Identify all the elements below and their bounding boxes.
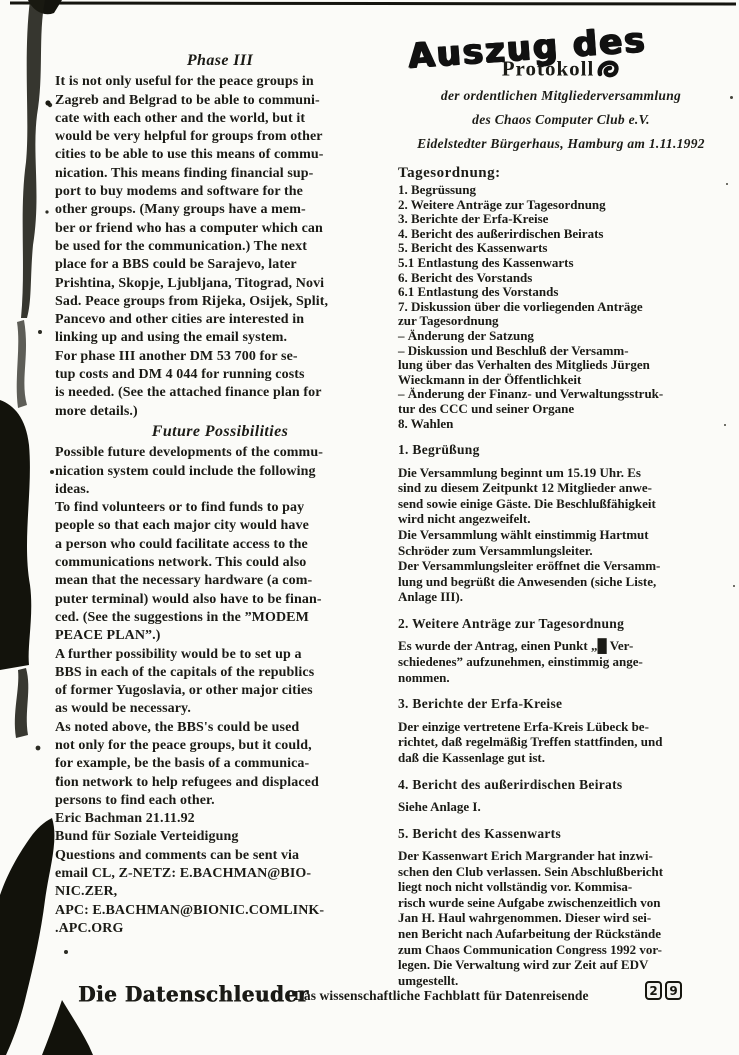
agenda-item: 5.1 Entlastung des Kassenwarts (398, 256, 724, 271)
agenda-list: 1. Begrüssung 2. Weitere Anträge zur Tag… (398, 183, 724, 431)
protocol-subtitle-line1: der ordentlichen Mitgliederversammlung (398, 84, 724, 108)
section-body-beirat: Siehe Anlage I. (398, 799, 724, 815)
article-heading-future: Future Possibilities (55, 423, 385, 441)
paragraph-phase3-main: It is not only useful for the peace grou… (55, 73, 385, 347)
signature-author: Eric Bachman 21.11.92 (55, 810, 385, 828)
signature-organization: Bund für Soziale Verteidigung (55, 828, 385, 846)
page-number: 2 9 (645, 981, 682, 1000)
left-article-column: Phase III It is not only useful for the … (55, 50, 385, 938)
agenda-item: 2. Weitere Anträge zur Tagesordnung (398, 198, 724, 213)
paragraph-phase3-costs: For phase III another DM 53 700 for se- … (55, 348, 385, 421)
section-body-antraege: Es wurde der Antrag, einen Punkt „█ Ver-… (398, 638, 724, 685)
magazine-logo: Die Datenschleuder (78, 981, 309, 1006)
agenda-item: – Diskussion und Beschluß der Versamm- l… (398, 344, 724, 388)
section-heading-erfa: 3. Berichte der Erfa-Kreise (398, 696, 724, 712)
agenda-item: 4. Bericht des außerirdischen Beirats (398, 227, 724, 242)
section-heading-beirat: 4. Bericht des außerirdischen Beirats (398, 777, 724, 793)
paragraph-future-bbs: A further possibility would be to set up… (55, 646, 385, 719)
section-heading-kassenwart: 5. Bericht des Kassenwarts (398, 826, 724, 842)
agenda-item: 1. Begrüssung (398, 183, 724, 198)
section-heading-antraege: 2. Weitere Anträge zur Tagesordnung (398, 616, 724, 632)
agenda-item: 7. Diskussion über die vorliegenden Antr… (398, 300, 724, 329)
agenda-item: 3. Berichte der Erfa-Kreise (398, 212, 724, 227)
scan-speck (730, 96, 733, 99)
section-heading-begruessung: 1. Begrüßung (398, 442, 724, 458)
paragraph-future-refugees: As noted above, the BBS's could be used … (55, 719, 385, 810)
article-heading-phase3: Phase III (55, 52, 385, 70)
agenda-item: 5. Bericht des Kassenwarts (398, 241, 724, 256)
section-body-erfa: Der einzige vertretene Erfa-Kreis Lübeck… (398, 719, 724, 766)
agenda-item: – Änderung der Finanz- und Verwaltungsst… (398, 387, 724, 416)
protocol-subtitle-line2: des Chaos Computer Club e.V. (398, 108, 724, 132)
paragraph-future-intro: Possible future developments of the comm… (55, 444, 385, 499)
right-protocol-column: Protokoll der ordentlichen Mitgliederver… (398, 26, 724, 988)
scan-edge-line (10, 1, 736, 5)
section-body-kassenwart: Der Kassenwart Erich Margrander hat inzw… (398, 848, 724, 988)
scan-speck (726, 183, 728, 185)
page-digit-box: 2 (645, 981, 662, 1000)
scan-speck (733, 585, 735, 587)
agenda-title: Tagesordnung: (398, 166, 724, 182)
section-body-begruessung: Die Versammlung beginnt um 15.19 Uhr. Es… (398, 465, 724, 605)
protocol-subtitle-line3: Eidelstedter Bürgerhaus, Hamburg am 1.11… (398, 132, 724, 156)
scanned-magazine-page: Phase III It is not only useful for the … (0, 0, 739, 1055)
agenda-item: – Änderung der Satzung (398, 329, 724, 344)
page-digit-box: 9 (665, 981, 682, 1000)
agenda-item: 6. Bericht des Vorstands (398, 271, 724, 286)
agenda-item: 8. Wahlen (398, 417, 724, 432)
magazine-tagline: Das wissenschaftliche Fachblatt für Date… (294, 988, 589, 1004)
paragraph-contact-emails: Questions and comments can be sent via e… (55, 847, 385, 938)
scan-speck (724, 424, 726, 426)
paragraph-future-volunteers: To find volunteers or to find funds to p… (55, 499, 385, 645)
agenda-item: 6.1 Entlastung des Vorstands (398, 285, 724, 300)
